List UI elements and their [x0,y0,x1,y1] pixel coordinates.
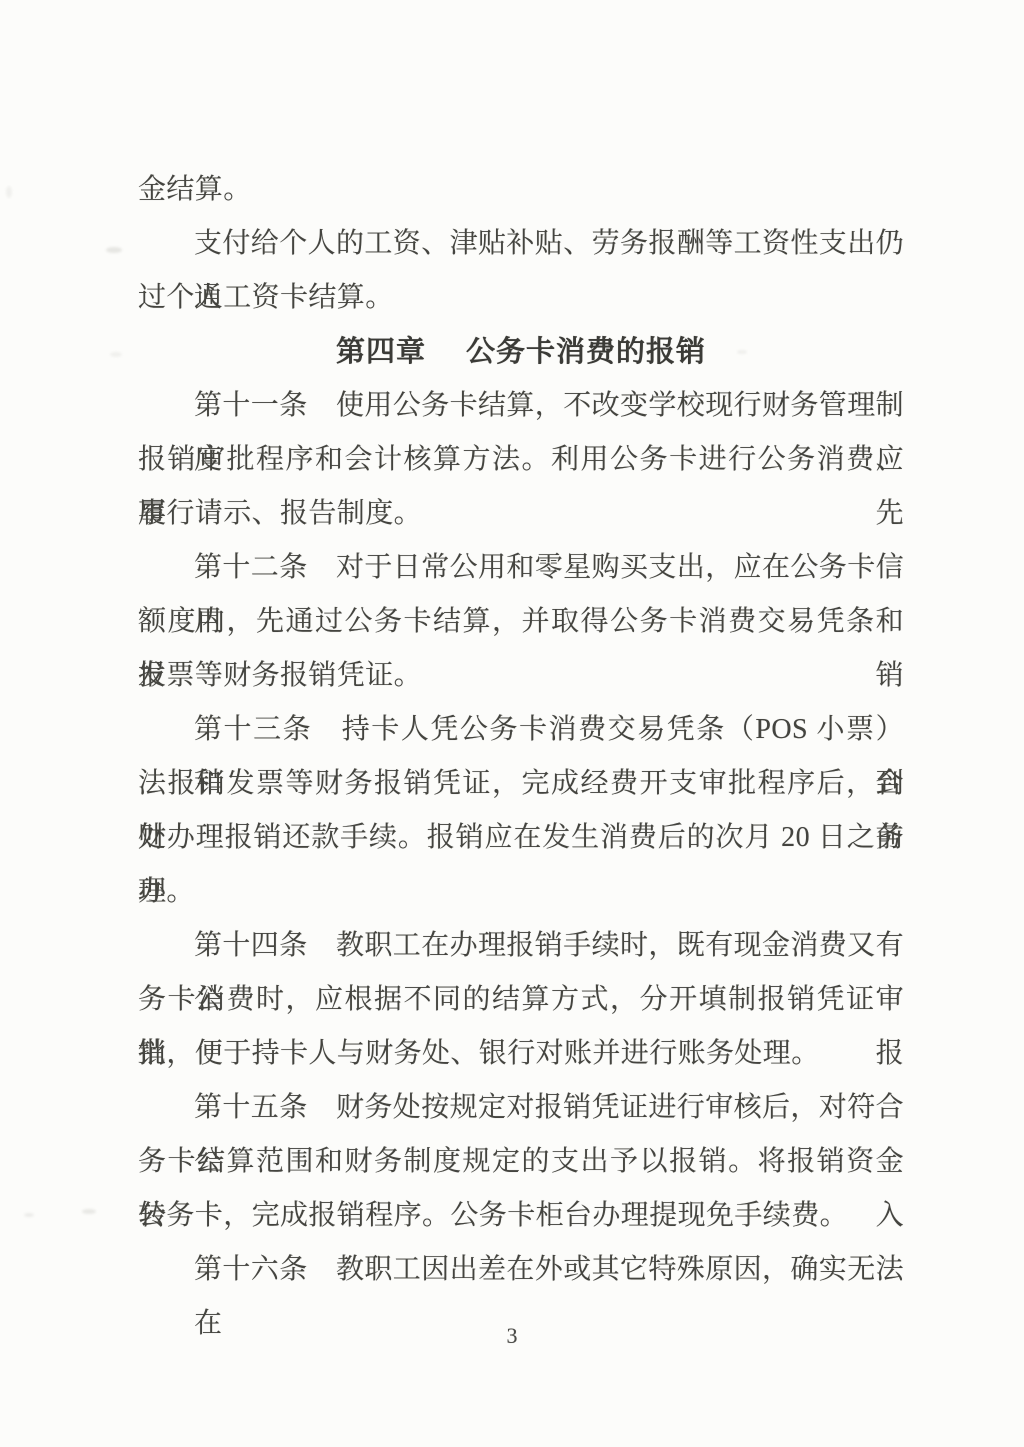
scan-artifact [6,186,12,198]
chapter-heading: 第四章公务卡消费的报销 [138,325,904,379]
text-line: 过个人工资卡结算。 [138,271,904,325]
text-line: 第十六条 教职工因出差在外或其它特殊原因，确实无法在 [138,1243,904,1297]
text-line: 第十四条 教职工在办理报销手续时，既有现金消费又有公 [138,919,904,973]
text-line: 第十二条 对于日常公用和零星购买支出，应在公务卡信用 [138,541,904,595]
text-line: 第十五条 财务处按规定对报销凭证进行审核后，对符合公 [138,1081,904,1135]
scan-artifact [24,1213,34,1217]
text-line: 销，便于持卡人与财务处、银行对账并进行账务处理。 [138,1027,904,1081]
scanned-document-page: 金结算。支付给个人的工资、津贴补贴、劳务报酬等工资性支出仍通过个人工资卡结算。第… [0,0,1024,1447]
text-line: 额度内，先通过公务卡结算，并取得公务卡消费交易凭条和报销 [138,595,904,649]
page-number: 3 [0,1318,1024,1354]
text-line: 报销审批程序和会计核算方法。利用公务卡进行公务消费应事先 [138,433,904,487]
text-line: 务卡结算范围和财务制度规定的支出予以报销。将报销资金转入 [138,1135,904,1189]
text-line: 支付给个人的工资、津贴补贴、劳务报酬等工资性支出仍通 [138,217,904,271]
text-line: 公务卡，完成报销程序。公务卡柜台办理提现免手续费。 [138,1189,904,1243]
chapter-title: 公务卡消费的报销 [466,336,706,368]
chapter-number: 第四章 [336,336,426,368]
scan-artifact [737,350,747,354]
text-line: 第十三条 持卡人凭公务卡消费交易凭条（POS 小票）和合 [138,703,904,757]
scan-artifact [110,352,122,357]
text-line: 第十一条 使用公务卡结算，不改变学校现行财务管理制度、 [138,379,904,433]
text-line: 务卡消费时，应根据不同的结算方式，分开填制报销凭证审批报 [138,973,904,1027]
scan-artifact [106,247,122,253]
text-line: 金结算。 [138,163,904,217]
text-line: 法报销发票等财务报销凭证，完成经费开支审批程序后，到财务 [138,757,904,811]
text-line: 理。 [138,865,904,919]
text-line: 处办理报销还款手续。报销应在发生消费后的次月 20 日之前办 [138,811,904,865]
scan-artifact [82,1209,96,1214]
document-body: 金结算。支付给个人的工资、津贴补贴、劳务报酬等工资性支出仍通过个人工资卡结算。第… [138,163,904,1297]
